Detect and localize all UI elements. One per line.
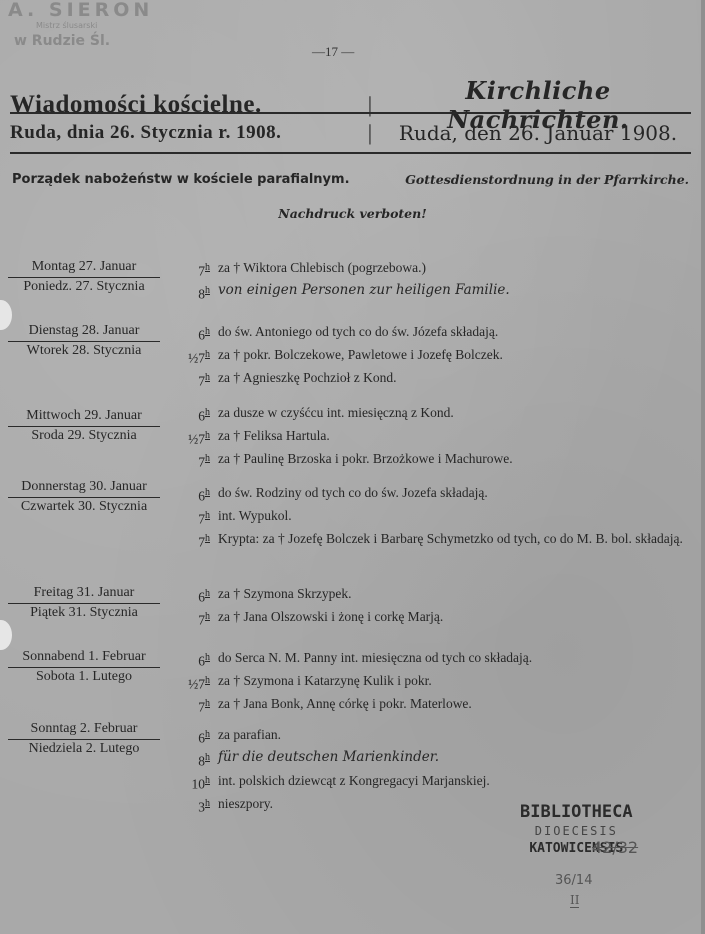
day-label: Sonnabend 1. Februar Sobota 1. Lutego [8, 648, 160, 686]
date-german: Ruda, den 26. Januar 1908. [385, 121, 691, 145]
masthead-rule-bottom [10, 152, 691, 154]
day-label: Sonntag 2. Februar Niedziela 2. Lutego [8, 720, 160, 758]
mass-intention: za † Feliksa Hartula. [218, 426, 695, 449]
mass-intention: für die deutschen Marienkinder. [218, 748, 695, 771]
mass-time: 8h [176, 748, 218, 771]
mass-entry: 6h do św. Antoniego od tych co do św. Jó… [176, 322, 695, 345]
mass-time: 7h [176, 694, 218, 717]
mass-intention: do św. Antoniego od tych co do św. Józef… [218, 322, 695, 345]
mass-intention: za † Wiktora Chlebisch (pogrzebowa.) [218, 258, 695, 281]
owner-stamp-name: A. SIERON [8, 0, 153, 20]
day-label: Freitag 31. Januar Piątek 31. Stycznia [8, 584, 160, 622]
day-label-german: Dienstag 28. Januar [8, 322, 160, 342]
mass-time: 6h [176, 648, 218, 671]
inventory-number: 36/14 [555, 873, 592, 888]
day-label-german: Montag 27. Januar [8, 258, 160, 278]
mass-entry: 7h Krypta: za † Jozefę Bolczek i Barbarę… [176, 529, 695, 552]
mass-time: 7h [176, 258, 218, 281]
mass-time: 7h [176, 529, 218, 552]
day-label: Montag 27. Januar Poniedz. 27. Stycznia [8, 258, 160, 296]
mass-intention: za † pokr. Bolczekowe, Pawletowe i Jozef… [218, 345, 695, 368]
mass-time: 6h [176, 584, 218, 607]
day-label-polish: Sobota 1. Lutego [8, 668, 160, 686]
mass-time: 7h [176, 368, 218, 391]
day-label-polish: Niedziela 2. Lutego [8, 740, 160, 758]
mass-intention: za † Jana Bonk, Annę córkę i pokr. Mater… [218, 694, 695, 717]
mass-intention: za † Szymona i Katarzynę Kulik i pokr. [218, 671, 695, 694]
mass-list: 6h do św. Antoniego od tych co do św. Jó… [176, 322, 695, 391]
punch-hole [0, 620, 12, 650]
day-label-german: Sonntag 2. Februar [8, 720, 160, 740]
day-label: Donnerstag 30. Januar Czwartek 30. Stycz… [8, 478, 160, 516]
mass-time: ½7h [176, 426, 218, 449]
mass-time: 3h [176, 794, 218, 817]
date-separator: | [355, 120, 385, 146]
mass-entry: ½7h za † pokr. Bolczekowe, Pawletowe i J… [176, 345, 695, 368]
owner-stamp: A. SIERON Mistrz ślusarski w Rudzie Śl. [8, 0, 153, 50]
mass-intention: do Serca N. M. Panny int. miesięczna od … [218, 648, 695, 671]
volume-number: II [570, 893, 579, 908]
mass-entry: 6h do Serca N. M. Panny int. miesięczna … [176, 648, 695, 671]
mass-time: 6h [176, 725, 218, 748]
mass-list: 6h za † Szymona Skrzypek. 7h za † Jana O… [176, 584, 695, 630]
mass-entry: 6h za parafian. [176, 725, 695, 748]
mass-entry: ½7h za † Szymona i Katarzynę Kulik i pok… [176, 671, 695, 694]
mass-time: 10h [176, 771, 218, 794]
owner-stamp-trade: Mistrz ślusarski [36, 20, 153, 32]
mass-intention: do św. Rodziny od tych co do św. Jozefa … [218, 483, 695, 506]
mass-time: 8h [176, 281, 218, 304]
title-polish: Wiadomości kościelne. [10, 91, 355, 119]
day-label-german: Donnerstag 30. Januar [8, 478, 160, 498]
page-number: —17 — [312, 44, 354, 60]
mass-entry: 6h za dusze w czyśćcu int. miesięczną z … [176, 403, 695, 426]
section-title-german: Gottesdienstordnung in der Pfarrkirche. [405, 172, 689, 187]
mass-entry: 7h za † Paulinę Brzoska i pokr. Brzożkow… [176, 449, 695, 472]
day-label-polish: Wtorek 28. Stycznia [8, 342, 160, 360]
owner-stamp-place: w Rudzie Śl. [14, 32, 153, 50]
mass-intention: Krypta: za † Jozefę Bolczek i Barbarę Sc… [218, 529, 695, 552]
mass-time: 6h [176, 403, 218, 426]
mass-list: 6h za dusze w czyśćcu int. miesięczną z … [176, 403, 695, 472]
mass-entry: ½7h za † Feliksa Hartula. [176, 426, 695, 449]
day-label: Mittwoch 29. Januar Sroda 29. Stycznia [8, 407, 160, 445]
day-label-german: Freitag 31. Januar [8, 584, 160, 604]
mass-entry: 6h za † Szymona Skrzypek. [176, 584, 695, 607]
mass-time: ½7h [176, 345, 218, 368]
day-label-polish: Piątek 31. Stycznia [8, 604, 160, 622]
library-stamp-line1: BIBLIOTHECA [520, 802, 633, 822]
mass-time: 7h [176, 607, 218, 630]
mass-entry: 8h von einigen Personen zur heiligen Fam… [176, 281, 695, 304]
mass-intention: za † Szymona Skrzypek. [218, 584, 695, 607]
masthead-date-row: Ruda, dnia 26. Stycznia r. 1908. | Ruda,… [10, 120, 691, 146]
mass-intention: za † Agnieszkę Pochzioł z Kond. [218, 368, 695, 391]
mass-entry: 7h za † Agnieszkę Pochzioł z Kond. [176, 368, 695, 391]
mass-intention: int. polskich dziewcąt z Kongregacyi Mar… [218, 771, 695, 794]
mass-list: 6h do św. Rodziny od tych co do św. Joze… [176, 483, 695, 552]
day-label-polish: Poniedz. 27. Stycznia [8, 278, 160, 296]
mass-time: 7h [176, 449, 218, 472]
mass-intention: za parafian. [218, 725, 695, 748]
mass-entry: 7h za † Wiktora Chlebisch (pogrzebowa.) [176, 258, 695, 281]
date-polish: Ruda, dnia 26. Stycznia r. 1908. [10, 122, 355, 144]
mass-time: 7h [176, 506, 218, 529]
title-separator: | [355, 92, 385, 118]
day-label-polish: Czwartek 30. Stycznia [8, 498, 160, 516]
day-label: Dienstag 28. Januar Wtorek 28. Stycznia [8, 322, 160, 360]
mass-time: 6h [176, 483, 218, 506]
mass-intention: za dusze w czyśćcu int. miesięczną z Kon… [218, 403, 695, 426]
masthead-rule-top [10, 112, 691, 114]
page-edge [701, 0, 705, 934]
section-heading: Porządek nabożeństw w kościele parafialn… [12, 172, 691, 187]
mass-intention: int. Wypukol. [218, 506, 695, 529]
mass-entry: 10h int. polskich dziewcąt z Kongregacyi… [176, 771, 695, 794]
mass-entry: 7h int. Wypukol. [176, 506, 695, 529]
mass-list: 6h do Serca N. M. Panny int. miesięczna … [176, 648, 695, 717]
reprint-notice: Nachdruck verboten! [0, 206, 705, 221]
day-label-german: Sonnabend 1. Februar [8, 648, 160, 668]
day-label-german: Mittwoch 29. Januar [8, 407, 160, 427]
mass-intention: za † Paulinę Brzoska i pokr. Brzożkowe i… [218, 449, 695, 472]
mass-time: 6h [176, 322, 218, 345]
shelfmark-handwritten: 42/32 [592, 838, 638, 857]
mass-list: 7h za † Wiktora Chlebisch (pogrzebowa.) … [176, 258, 695, 304]
section-title-polish: Porządek nabożeństw w kościele parafialn… [12, 172, 350, 187]
mass-entry: 6h do św. Rodziny od tych co do św. Joze… [176, 483, 695, 506]
mass-entry: 7h za † Jana Olszowski i żonę i corkę Ma… [176, 607, 695, 630]
mass-entry: 7h za † Jana Bonk, Annę córkę i pokr. Ma… [176, 694, 695, 717]
mass-intention: za † Jana Olszowski i żonę i corkę Marją… [218, 607, 695, 630]
mass-entry: 8h für die deutschen Marienkinder. [176, 748, 695, 771]
mass-time: ½7h [176, 671, 218, 694]
day-label-polish: Sroda 29. Stycznia [8, 427, 160, 445]
mass-intention: von einigen Personen zur heiligen Famili… [218, 281, 695, 304]
